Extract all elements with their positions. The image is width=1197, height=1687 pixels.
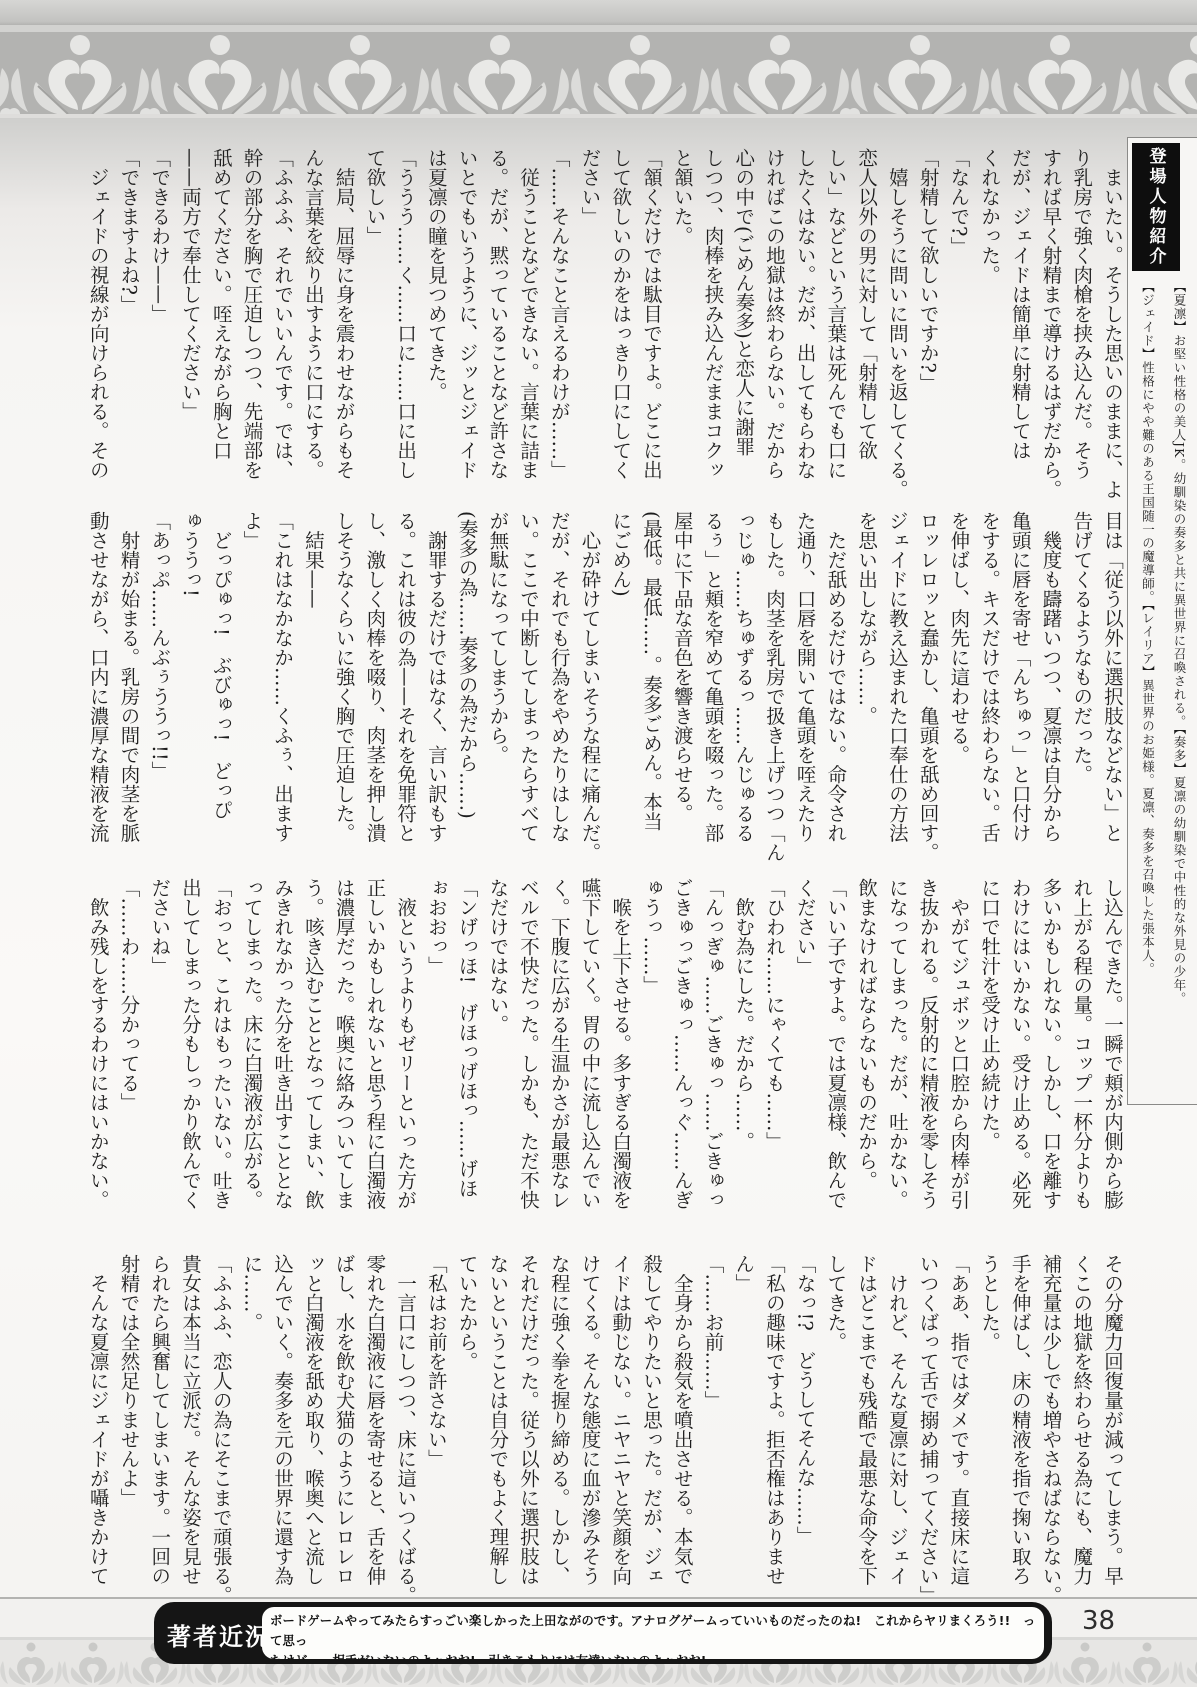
novel-text-band-4: その分魔力回復量が減ってしまう。早 くこの地獄を終わらせる為にも、魔力 補充量は…	[81, 1254, 1127, 1610]
character-intro-text: 【夏凛】お堅い性格の美人JK。幼馴染の奏多と共に異世界に召喚される。【奏多】夏凛…	[1132, 280, 1195, 1094]
novel-text-band-2: 目は「従う以外に選択肢などない」と 告げてくるようなものだった。 幾度も躊躇いつ…	[81, 511, 1127, 867]
author-note-label: 著者近況	[167, 1617, 261, 1652]
author-note-text: ボードゲームやってみたらすっごい楽しかった上田ながのです。アナログゲームっていい…	[262, 1607, 1044, 1659]
author-note-bar: 著者近況 ボードゲームやってみたらすっごい楽しかった上田ながのです。アナログゲー…	[154, 1602, 1052, 1664]
top-ornamental-border	[0, 0, 1197, 118]
page-number: 38	[1082, 1606, 1115, 1636]
novel-text-band-3: し込んできた。一瞬で頬が内側から膨 れ上がる程の量。コップ一杯分よりも 多いかも…	[81, 878, 1127, 1234]
character-intro-label: 登場人物紹介	[1132, 143, 1180, 271]
novel-text-band-1: まいたい。そうした思いのままに、よ り乳房で強く肉槍を挟み込んだ。そう すれば早…	[81, 148, 1127, 504]
novel-page: 登場人物紹介 【夏凛】お堅い性格の美人JK。幼馴染の奏多と共に異世界に召喚される…	[0, 0, 1197, 1687]
character-intro-panel: 登場人物紹介 【夏凛】お堅い性格の美人JK。幼馴染の奏多と共に異世界に召喚される…	[1127, 137, 1197, 1105]
